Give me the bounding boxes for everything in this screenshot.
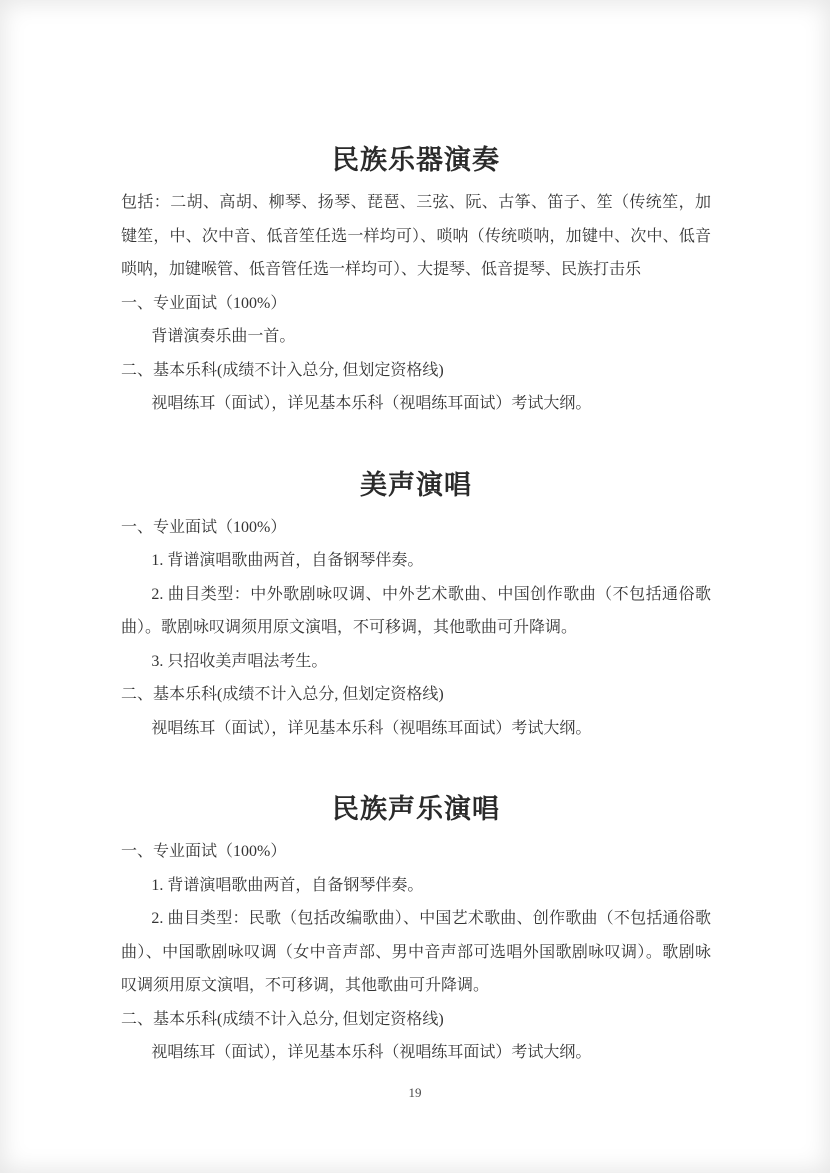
item-interview-detail: 背谱演奏乐曲一首。 — [121, 320, 711, 354]
item-professional-interview: 一、专业面试（100%） — [121, 835, 711, 869]
item-basic-music-theory: 二、基本乐科(成绩不计入总分, 但划定资格线) — [121, 678, 711, 712]
subitem-2-song-types: 2. 曲目类型：民歌（包括改编歌曲）、中国艺术歌曲、创作歌曲（不包括通俗歌曲）、… — [121, 902, 711, 1003]
subitem-3-admission-note: 3. 只招收美声唱法考生。 — [121, 645, 711, 679]
paragraph-instruments-included: 包括：二胡、高胡、柳琴、扬琴、琵琶、三弦、阮、古筝、笛子、笙（传统笙，加键笙，中… — [121, 186, 711, 287]
item-basic-theory-detail: 视唱练耳（面试），详见基本乐科（视唱练耳面试）考试大纲。 — [121, 387, 711, 421]
item-professional-interview: 一、专业面试（100%） — [121, 287, 711, 321]
section-bel-canto-singing: 美声演唱 一、专业面试（100%） 1. 背谱演唱歌曲两首，自备钢琴伴奏。 2.… — [121, 467, 711, 746]
subitem-2-song-types: 2. 曲目类型：中外歌剧咏叹调、中外艺术歌曲、中国创作歌曲（不包括通俗歌曲）。歌… — [121, 578, 711, 645]
page-number: 19 — [0, 1084, 830, 1102]
section-folk-vocal-singing: 民族声乐演唱 一、专业面试（100%） 1. 背谱演唱歌曲两首，自备钢琴伴奏。 … — [121, 791, 711, 1070]
subitem-1-repertoire: 1. 背谱演唱歌曲两首，自备钢琴伴奏。 — [121, 869, 711, 903]
item-basic-music-theory: 二、基本乐科(成绩不计入总分, 但划定资格线) — [121, 354, 711, 388]
document-page: 民族乐器演奏 包括：二胡、高胡、柳琴、扬琴、琵琶、三弦、阮、古筝、笛子、笙（传统… — [0, 0, 830, 1173]
item-basic-theory-detail: 视唱练耳（面试），详见基本乐科（视唱练耳面试）考试大纲。 — [121, 712, 711, 746]
subitem-1-repertoire: 1. 背谱演唱歌曲两首，自备钢琴伴奏。 — [121, 544, 711, 578]
item-basic-theory-detail: 视唱练耳（面试），详见基本乐科（视唱练耳面试）考试大纲。 — [121, 1036, 711, 1070]
section-title-folk-vocal-singing: 民族声乐演唱 — [121, 791, 711, 827]
item-professional-interview: 一、专业面试（100%） — [121, 511, 711, 545]
section-folk-instrument-performance: 民族乐器演奏 包括：二胡、高胡、柳琴、扬琴、琵琶、三弦、阮、古筝、笛子、笙（传统… — [121, 142, 711, 421]
document-content: 民族乐器演奏 包括：二胡、高胡、柳琴、扬琴、琵琶、三弦、阮、古筝、笛子、笙（传统… — [121, 142, 711, 1070]
item-basic-music-theory: 二、基本乐科(成绩不计入总分, 但划定资格线) — [121, 1003, 711, 1037]
section-title-folk-instrument-performance: 民族乐器演奏 — [121, 142, 711, 178]
section-title-bel-canto-singing: 美声演唱 — [121, 467, 711, 503]
